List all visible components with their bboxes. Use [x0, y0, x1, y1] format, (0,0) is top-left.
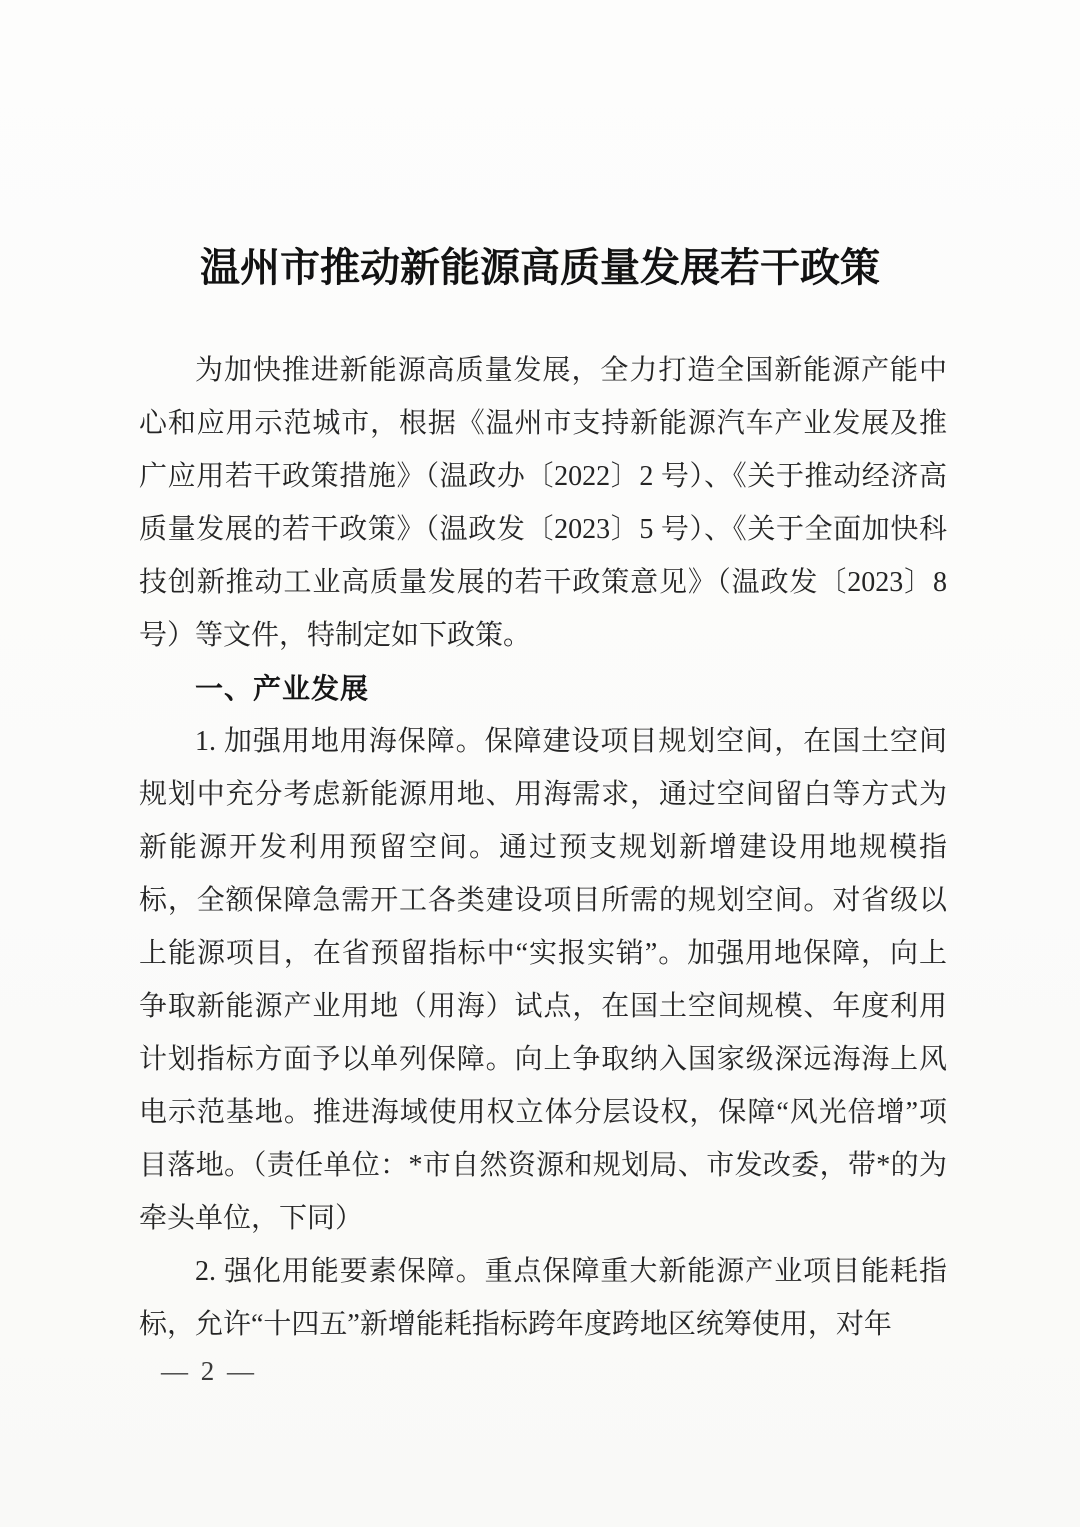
- page-number: — 2 —: [161, 1351, 257, 1391]
- document-body: 为加快推进新能源高质量发展，全力打造全国新能源产能中心和应用示范城市，根据《温州…: [139, 344, 947, 1351]
- policy-item-2-energy-use-guarantee: 2. 强化用能要素保障。重点保障重大新能源产业项目能耗指标，允许“十四五”新增能…: [139, 1245, 947, 1351]
- document-page: 温州市推动新能源高质量发展若干政策 为加快推进新能源高质量发展，全力打造全国新能…: [0, 0, 1080, 1527]
- policy-item-1-land-sea-guarantee: 1. 加强用地用海保障。保障建设项目规划空间，在国土空间规划中充分考虑新能源用地…: [139, 715, 947, 1245]
- section-heading-industry-development: 一、产业发展: [139, 662, 947, 715]
- intro-paragraph: 为加快推进新能源高质量发展，全力打造全国新能源产能中心和应用示范城市，根据《温州…: [139, 344, 947, 662]
- document-title: 温州市推动新能源高质量发展若干政策: [0, 243, 1080, 293]
